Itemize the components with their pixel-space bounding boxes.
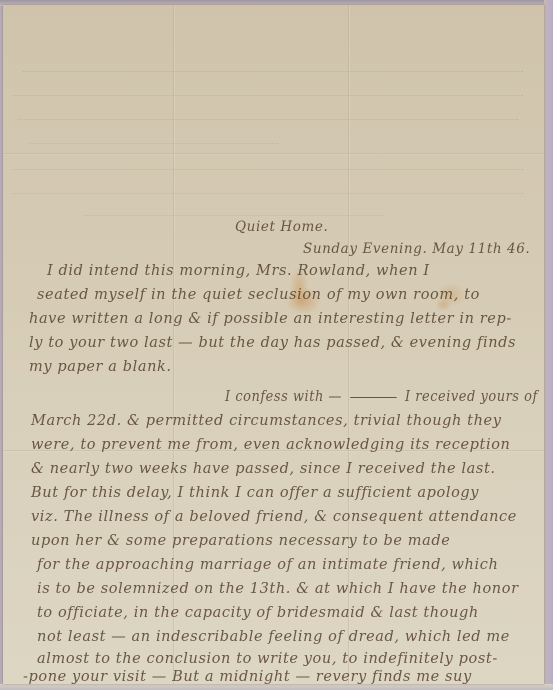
letter-line: were, to prevent me from, even acknowled… — [31, 437, 511, 453]
letter-line: almost to the conclusion to write you, t… — [37, 651, 498, 667]
bleed-through-line — [28, 129, 278, 144]
letter-line-part: I received yours of — [405, 389, 538, 405]
letter-line: ly to your two last — but the day has pa… — [29, 335, 516, 351]
letter-line: to officiate, in the capacity of bridesm… — [37, 605, 479, 621]
letter-line: is to be solemnized on the 13th. & at wh… — [37, 581, 519, 597]
letter-line: -pone your visit — But a midnight — reve… — [23, 669, 472, 685]
letter-line: upon her & some preparations necessary t… — [31, 533, 450, 549]
letter-line: March 22d. & permitted circumstances, tr… — [31, 413, 502, 429]
letter-line: have written a long & if possible an int… — [29, 311, 512, 327]
letter-line: not least — an indescribable feeling of … — [37, 629, 510, 645]
letter-line: But for this delay, I think I can offer … — [31, 485, 479, 501]
letter-line-confess: I confess with — I received yours of — [225, 389, 538, 405]
letter-line: my paper a blank. — [29, 359, 172, 375]
letter-page: Quiet Home. Sunday Evening. May 11th 46.… — [3, 5, 544, 684]
letter-line: for the approaching marriage of an intim… — [37, 557, 498, 573]
letter-line: seated myself in the quiet seclusion of … — [37, 287, 480, 303]
bleed-through-line — [18, 105, 518, 120]
bleed-through-line — [23, 57, 523, 72]
photo-backdrop-right — [544, 0, 553, 690]
letter-place-heading: Quiet Home. — [235, 219, 328, 235]
bleed-through-line — [83, 201, 383, 216]
letter-line: & nearly two weeks have passed, since I … — [31, 461, 496, 477]
bleed-through-line — [13, 81, 523, 96]
bleed-through-line — [13, 155, 523, 170]
letter-line-part: I confess with — — [225, 389, 342, 405]
letter-line: viz. The illness of a beloved friend, & … — [31, 509, 517, 525]
letter-dateline: Sunday Evening. May 11th 46. — [303, 241, 530, 257]
letter-line: I did intend this morning, Mrs. Rowland,… — [47, 263, 430, 279]
ink-dash — [350, 397, 396, 398]
bleed-through-line — [13, 179, 523, 194]
